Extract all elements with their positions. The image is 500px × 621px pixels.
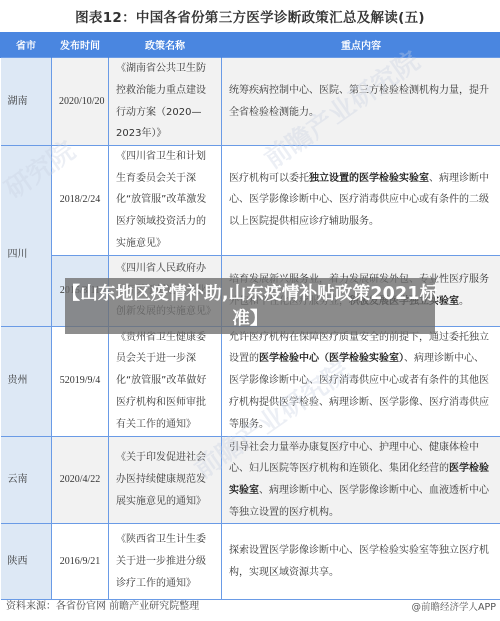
date-cell: 2016/9/21 bbox=[52, 524, 109, 600]
table-row: 陕西 2016/9/21 《陕西省卫生计生委关于进一步推进分级诊疗工作的通知》 … bbox=[1, 524, 500, 600]
province-cell: 湖南 bbox=[1, 58, 52, 146]
date-cell: 2018/2/24 bbox=[52, 146, 109, 256]
policy-name-cell: 《陕西省卫生计生委关于进一步推进分级诊疗工作的通知》 bbox=[109, 524, 222, 600]
table-row: 贵州 52019/9/4 《贵州省卫生健康委员会关于进一步深化“放管服”改革做好… bbox=[1, 326, 500, 436]
source-note: 资料来源：各省份官网 前瞻产业研究院整理 bbox=[6, 597, 199, 612]
province-cell: 贵州 bbox=[1, 326, 52, 436]
province-cell: 云南 bbox=[1, 436, 52, 524]
content-text: 。 bbox=[459, 296, 469, 307]
chart-title: 图表12：中国各省份第三方医学诊断政策汇总及解读(五) bbox=[0, 6, 500, 26]
content-text: 统筹疾病控制中心、医院、第三方检验检测机构力量，提升全省检验检测能力。 bbox=[229, 85, 489, 118]
content-text: 探索设置医学影像诊断中心、医学检验实验室等独立医疗机构，实现区域资源共享。 bbox=[229, 545, 489, 578]
policy-name-cell: 《湖南省公共卫生防控救治能力重点建设行动方案（2020—2023年）》 bbox=[109, 58, 222, 146]
table-row: 四川 2018/2/24 《四川省卫生和计划生育委员会关于深化“放管服”改革激发… bbox=[1, 146, 500, 256]
table-row: 云南 2020/4/22 《关于印发促进社会办医持续健康规范发展实施意见的通知》… bbox=[1, 436, 500, 524]
date-cell: 52019/9/4 bbox=[52, 326, 109, 436]
content-text: 、病理诊断中心、医学影像诊断中心、医疗消毒供应中心或者有条件的其他医疗机构提供医… bbox=[229, 353, 489, 429]
content-cell: 引导社会力量举办康复医疗中心、护理中心、健康体检中心、妇儿医院等医疗机构和连锁化… bbox=[222, 436, 500, 524]
table-header-row: 省市 发布时间 政策名称 重点内容 bbox=[1, 32, 500, 58]
header-policy-name: 政策名称 bbox=[109, 32, 222, 58]
content-highlight: 独立设置的医学检验实验室 bbox=[309, 173, 429, 184]
date-cell: 2020/4/22 bbox=[52, 436, 109, 524]
policy-name-cell: 《贵州省卫生健康委员会关于进一步深化“放管服”改革做好医疗机构和医师审批有关工作… bbox=[109, 326, 222, 436]
table-row: 湖南 2020/10/20 《湖南省公共卫生防控救治能力重点建设行动方案（202… bbox=[1, 58, 500, 146]
header-province: 省市 bbox=[1, 32, 52, 58]
header-key-content: 重点内容 bbox=[222, 32, 500, 58]
header-date: 发布时间 bbox=[52, 32, 109, 58]
province-cell: 陕西 bbox=[1, 524, 52, 600]
content-cell: 探索设置医学影像诊断中心、医学检验实验室等独立医疗机构，实现区域资源共享。 bbox=[222, 524, 500, 600]
content-text: 医疗机构可以委托 bbox=[229, 173, 309, 184]
policy-name-cell: 《四川省卫生和计划生育委员会关于深化“放管服”改革激发医疗领域投资活力的实施意见… bbox=[109, 146, 222, 256]
content-text: 引导社会力量举办康复医疗中心、护理中心、健康体检中心、妇儿医院等医疗机构和连锁化… bbox=[229, 442, 479, 475]
content-cell: 统筹疾病控制中心、医院、第三方检验检测机构力量，提升全省检验检测能力。 bbox=[222, 58, 500, 146]
overlay-banner-text[interactable]: 【山东地区疫情补助,山东疫情补贴政策2021标准】 bbox=[60, 282, 440, 332]
content-highlight: 医学检验中心（医学检验实验室） bbox=[259, 353, 404, 364]
credit-text: @前瞻经济学人APP bbox=[412, 599, 496, 613]
province-cell: 四川 bbox=[1, 146, 52, 327]
content-cell: 医疗机构可以委托独立设置的医学检验实验室、病理诊断中心、医学影像诊断中心、医疗消… bbox=[222, 146, 500, 256]
content-text: 、病理诊断中心、医学影像诊断中心、血液透析中心等独立设置的医疗机构。 bbox=[229, 485, 489, 518]
content-cell: 允许医疗机构在保障医疗质量安全的前提下，通过委托独立设置的医学检验中心（医学检验… bbox=[222, 326, 500, 436]
policy-name-cell: 《关于印发促进社会办医持续健康规范发展实施意见的通知》 bbox=[109, 436, 222, 524]
date-cell: 2020/10/20 bbox=[52, 58, 109, 146]
